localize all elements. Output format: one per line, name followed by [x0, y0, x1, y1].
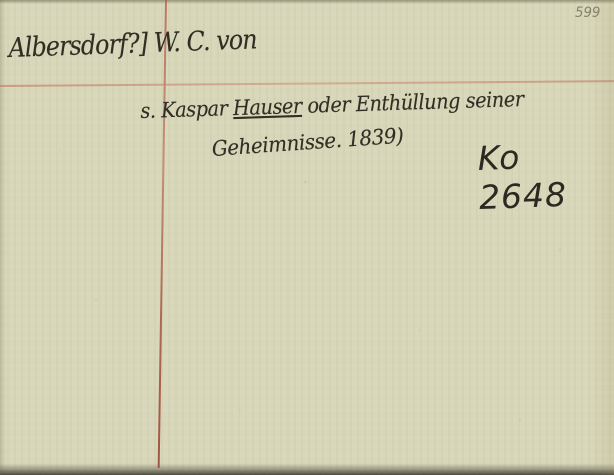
note-underlined-title: Hauser	[233, 94, 302, 120]
shelfmark: Ko 2648	[477, 134, 614, 217]
corner-number: 599	[575, 5, 600, 21]
red-vertical-rule	[158, 0, 167, 468]
note-prefix: s. Kaspar	[140, 96, 233, 123]
reference-note-line2: Geheimnisse. 1839)	[211, 124, 404, 161]
catalog-card: 599 Albersdorf?] W. C. von s. Kaspar Hau…	[0, 0, 614, 475]
reference-note-line1: s. Kaspar Hauser oder Enthüllung seiner	[140, 87, 524, 123]
author-heading: Albersdorf?] W. C. von	[8, 24, 257, 64]
note-suffix: oder Enthüllung seiner	[301, 87, 524, 118]
